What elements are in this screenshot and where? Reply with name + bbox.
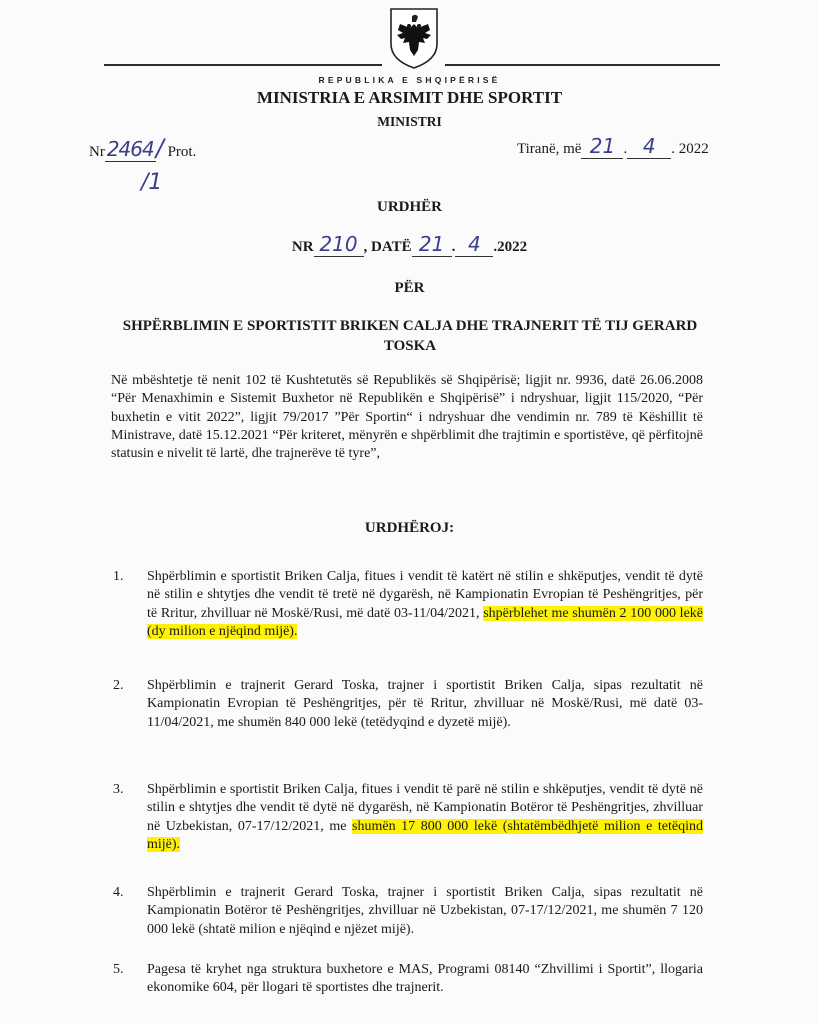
place-prefix: Tiranë, më <box>517 141 581 157</box>
protocol-number-handwritten: 2464 <box>105 137 156 162</box>
order-item: 2. Shpërblimin e trajnerit Gerard Toska,… <box>113 677 703 732</box>
order-subject: SHPËRBLIMIN E SPORTISTIT BRIKEN CALJA DH… <box>100 316 720 356</box>
per-heading: PËR <box>0 280 819 297</box>
order-item: 1. Shpërblimin e sportistit Briken Calja… <box>113 568 703 641</box>
item-text: Pagesa të kryhet nga struktura buxhetore… <box>147 962 703 995</box>
protocol-sub-handwritten: /1 <box>141 170 162 195</box>
order-month-handwritten: 4 <box>455 232 493 257</box>
order-date-label: , DATË <box>364 239 412 255</box>
item-number: 5. <box>113 961 137 979</box>
order-year: .2022 <box>493 239 527 255</box>
protocol-number: Nr2464/ Prot. /1 <box>89 134 196 162</box>
document-page: REPUBLIKA E SHQIPËRISË MINISTRIA E ARSIM… <box>0 0 819 1024</box>
minister-label: MINISTRI <box>0 114 819 130</box>
protocol-prefix: Nr <box>89 144 105 160</box>
republic-name: REPUBLIKA E SHQIPËRISË <box>0 75 819 85</box>
preamble-paragraph: Në mbështetje të nenit 102 të Kushtetutë… <box>111 372 703 463</box>
date-month-handwritten: 4 <box>627 134 671 159</box>
order-number-line: NR210, DATË21.4.2022 <box>0 232 819 257</box>
date-year: . 2022 <box>671 141 709 157</box>
item-text: Shpërblimin e trajnerit Gerard Toska, tr… <box>147 678 703 730</box>
item-text: Shpërblimin e trajnerit Gerard Toska, tr… <box>147 885 703 937</box>
item-number: 1. <box>113 568 137 586</box>
order-title: URDHËR <box>0 199 819 216</box>
item-number: 4. <box>113 884 137 902</box>
order-nr-handwritten: 210 <box>314 232 364 257</box>
order-item: 5. Pagesa të kryhet nga struktura buxhet… <box>113 961 703 998</box>
item-number: 3. <box>113 781 137 799</box>
urdheroj-heading: URDHËROJ: <box>0 520 819 537</box>
order-item: 3. Shpërblimin e sportistit Briken Calja… <box>113 781 703 854</box>
coat-of-arms-icon <box>388 6 440 70</box>
order-item: 4. Shpërblimin e trajnerit Gerard Toska,… <box>113 884 703 939</box>
order-day-handwritten: 21 <box>412 232 452 257</box>
ministry-name: MINISTRIA E ARSIMIT DHE SPORTIT <box>0 88 819 108</box>
order-nr-label: NR <box>292 239 314 255</box>
date-day-handwritten: 21 <box>581 134 623 159</box>
header-rule-right <box>445 64 720 66</box>
header-rule-left <box>104 64 382 66</box>
item-number: 2. <box>113 677 137 695</box>
protocol-suffix: Prot. <box>168 144 197 160</box>
place-date: Tiranë, më21.4. 2022 <box>517 134 709 159</box>
